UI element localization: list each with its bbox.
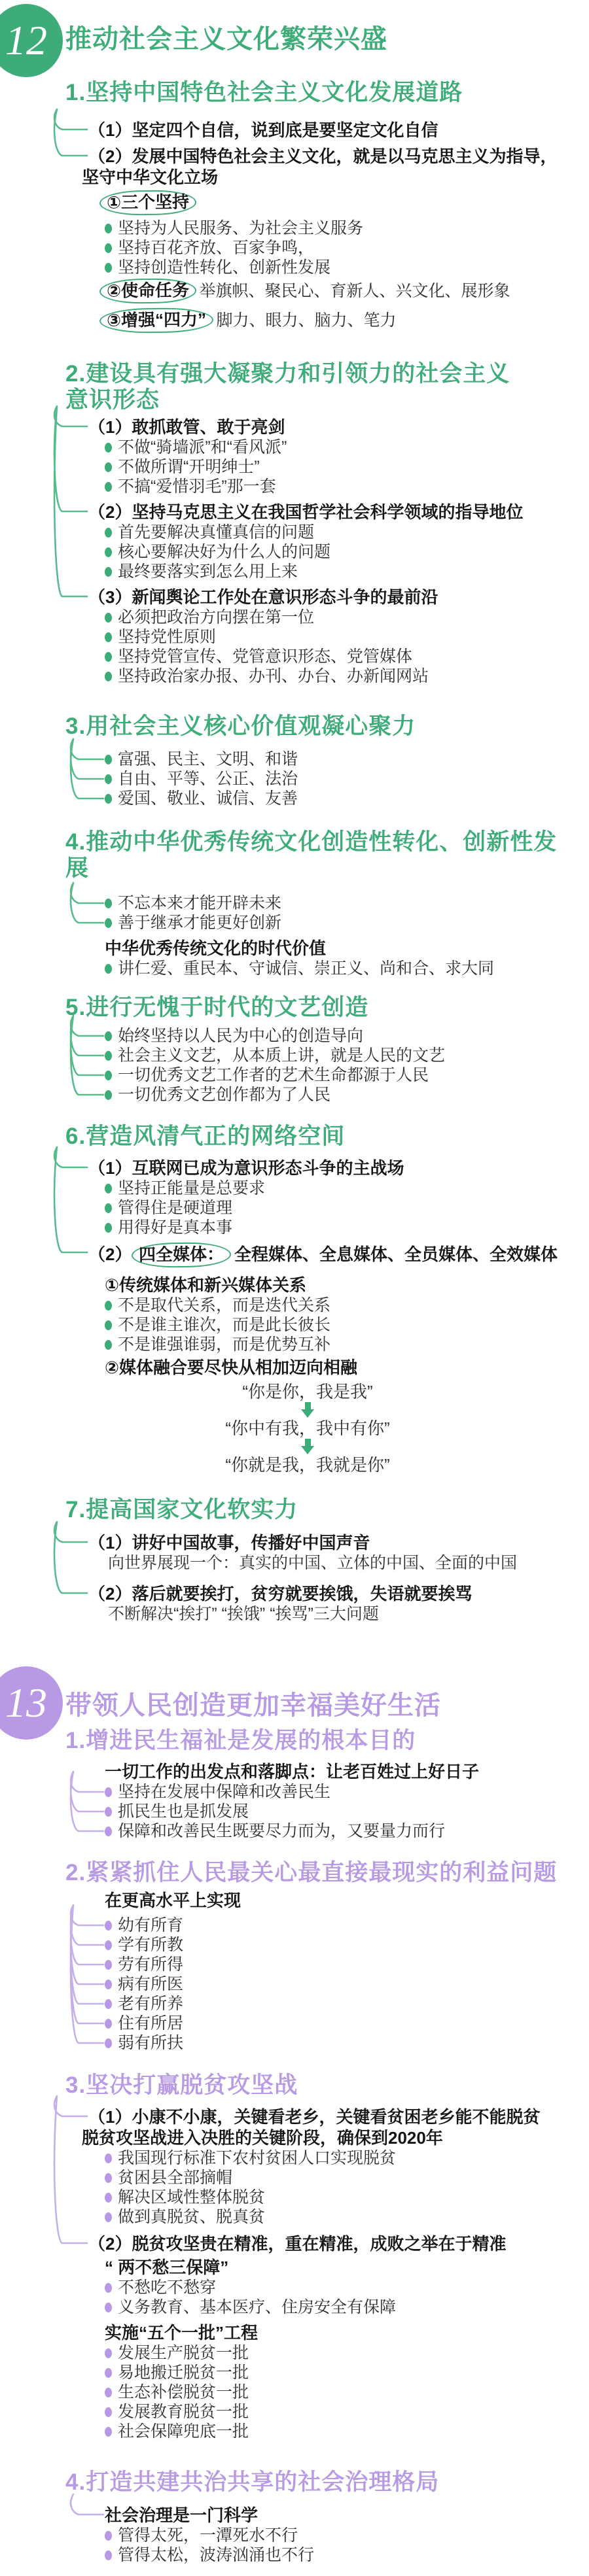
section-12-6-items: （1）互联网已成为意识形态斗争的主战场 坚持正能量是总要求 管得住是硬道理 用得… — [88, 1158, 577, 1475]
section-12-7: 7.提高国家文化软实力 （1）讲好中国故事，传播好中国声音 向世界展现一个：真实… — [65, 1497, 577, 1624]
item: （2）脱贫攻坚贵在精准，重在精准，成败之举在于精准 “ 两不愁三保障” 不愁吃不… — [88, 2233, 577, 2441]
list-item: 不搞“爱惜羽毛”那一套 — [105, 477, 577, 496]
list-item: 解决区域性整体脱贫 — [105, 2188, 577, 2207]
list-item-text: 坚持百花齐放、百家争鸣， — [118, 238, 577, 258]
list-item: 社会保障兜底一批 — [105, 2422, 577, 2441]
chapter-13-badge: 13 — [0, 1666, 63, 1740]
list-item-text: 坚持正能量是总要求 — [118, 1178, 577, 1198]
down-arrow-icon — [301, 1402, 314, 1418]
bullet-icon — [105, 2303, 112, 2312]
bullet-icon — [105, 1340, 112, 1350]
list-item: 坚持政治家办报、办刊、办台、办新闻网站 — [105, 666, 577, 686]
chapter-13: 13 带领人民创造更加幸福美好生活 1.增进民生福祉是发展的根本目的 一切工作的… — [0, 1690, 589, 2576]
bullet-icon — [105, 243, 112, 253]
item-text-line2: 坚守中华文化立场 — [82, 167, 577, 188]
item: （1）敢抓敢管、敢于亮剑 不做“骑墙派”和“看风派” 不做所谓“开明绅士” 不搞… — [88, 417, 577, 496]
item: （1）小康不小康，关键看老乡，关键看贫困老乡能不能脱贫 脱贫攻坚战进入决胜的关键… — [88, 2106, 577, 2227]
bullet-icon — [105, 672, 112, 681]
section-12-1-items: （1）坚定四个自信，说到底是要坚定文化自信 （2）发展中国特色社会主义文化，就是… — [88, 120, 577, 336]
section-12-1-heading: 1.坚持中国特色社会主义文化发展道路 — [65, 80, 577, 106]
circled-group: ①三个坚持 坚持为人民服务、为社会主义服务 坚持百花齐放、百家争鸣， 坚持创造性… — [99, 190, 577, 336]
lead-label: 在更高水平上实现 — [105, 1890, 577, 1911]
list-item: 我国现行标准下农村贫困人口实现脱贫 — [105, 2148, 577, 2168]
quote-line: “你是你，我是我” — [88, 1382, 527, 1401]
list-item-text: 老有所养 — [118, 1994, 577, 2014]
sub-label: ①传统媒体和新兴媒体关系 — [105, 1275, 577, 1296]
bullet-icon — [105, 2019, 112, 2029]
list-item-text: 核心要解决好为什么人的问题 — [118, 542, 577, 562]
list-item: 善于继承才能更好创新 — [105, 913, 577, 933]
bold-label: 中华优秀传统文化的时代价值 — [105, 938, 577, 959]
bullet-icon — [105, 1827, 112, 1836]
ellipse-highlight: ①三个坚持 — [99, 190, 196, 216]
section-13-3-items: （1）小康不小康，关键看老乡，关键看贫困老乡能不能脱贫 脱贫攻坚战进入决胜的关键… — [88, 2106, 577, 2441]
section-13-3: 3.坚决打赢脱贫攻坚战 （1）小康不小康，关键看老乡，关键看贫困老乡能不能脱贫 … — [65, 2072, 577, 2441]
value-of-tradition-block: 中华优秀传统文化的时代价值 讲仁爱、重民本、守诚信、崇正义、尚和合、求大同 — [105, 938, 577, 978]
bullet-icon — [105, 2193, 112, 2203]
item-number: （2） — [88, 1245, 132, 1264]
list-item-text: 一切优秀文艺创作都为了人民 — [118, 1085, 577, 1105]
list-item: 病有所医 — [105, 1974, 577, 1994]
item-subtext: 向世界展现一个：真实的中国、立体的中国、全面的中国 — [108, 1553, 577, 1573]
bullet-icon — [105, 2283, 112, 2293]
list-item: 最终要落实到怎么用上来 — [105, 562, 577, 581]
bullet-icon — [105, 1184, 112, 1194]
list-item-text: 管得住是硬道理 — [118, 1198, 577, 1218]
bullet-icon — [105, 224, 112, 233]
bullet-icon — [105, 1203, 112, 1213]
list-item-text: 用得好是真本事 — [118, 1218, 577, 1237]
section-13-2-heading: 2.紧紧抓住人民最关心最直接最现实的利益问题 — [65, 1860, 577, 1886]
section-13-4-heading: 4.打造共建共治共享的社会治理格局 — [65, 2469, 577, 2496]
list-item: 社会主义文艺，从本质上讲，就是人民的文艺 — [105, 1046, 577, 1065]
section-12-5: 5.进行无愧于时代的文艺创造 始终坚持以人民为中心的创造导向 社会主义文艺，从本… — [65, 995, 577, 1105]
bullet-list: 首先要解决真懂真信的问题 核心要解决好为什么人的问题 最终要落实到怎么用上来 — [105, 523, 577, 581]
bullet-list: 必须把政治方向摆在第一位 坚持党性原则 坚持党管宣传、党管意识形态、党管媒体 坚… — [105, 608, 577, 686]
list-item-text: 坚持党管宣传、党管意识形态、党管媒体 — [118, 647, 577, 666]
list-item-text: 不做“骑墙派”和“看风派” — [118, 438, 577, 457]
bullet-icon — [105, 2427, 112, 2437]
section-13-4: 4.打造共建共治共享的社会治理格局 社会治理是一门科学 管得太死，一潭死水不行 … — [65, 2469, 577, 2565]
list-item: 不做所谓“开明绅士” — [105, 457, 577, 477]
list-item-text: 必须把政治方向摆在第一位 — [118, 608, 577, 627]
list-item: 用得好是真本事 — [105, 1218, 577, 1237]
item: （2）四全媒体： 全程媒体、全息媒体、全员媒体、全效媒体 ①传统媒体和新兴媒体关… — [88, 1243, 577, 1475]
chapter-12-number: 12 — [5, 20, 47, 61]
list-item: 必须把政治方向摆在第一位 — [105, 608, 577, 627]
item-text: （1）敢抓敢管、敢于亮剑 — [88, 417, 577, 438]
bullet-icon — [105, 567, 112, 577]
chapter-13-header: 13 带领人民创造更加幸福美好生活 — [65, 1690, 577, 1721]
list-item-text: 社会主义文艺，从本质上讲，就是人民的文艺 — [118, 1046, 577, 1065]
item-text: （1）坚定四个自信，说到底是要坚定文化自信 — [88, 120, 577, 141]
list-item-text: 解决区域性整体脱贫 — [118, 2188, 577, 2207]
list-item-text: 义务教育、基本医疗、住房安全有保障 — [118, 2297, 577, 2317]
bullet-icon — [105, 263, 112, 273]
item: （3）新闻舆论工作处在意识形态斗争的最前沿 必须把政治方向摆在第一位 坚持党性原… — [88, 587, 577, 686]
bullet-icon — [105, 1301, 112, 1311]
list-item-text: 富强、民主、文明、和谐 — [118, 749, 577, 769]
list-item: 坚持为人民服务、为社会主义服务 — [105, 218, 577, 238]
bullet-icon — [105, 528, 112, 538]
list-item: 坚持正能量是总要求 — [105, 1178, 577, 1198]
section-12-3: 3.用社会主义核心价值观凝心聚力 富强、民主、文明、和谐 自由、平等、公正、法治… — [65, 713, 577, 808]
bullet-icon — [105, 1071, 112, 1080]
bullet-icon — [105, 2154, 112, 2163]
list-item: 劳有所得 — [105, 1955, 577, 1974]
section-12-6-heading: 6.营造风清气正的网络空间 — [65, 1124, 577, 1150]
list-item: 始终坚持以人民为中心的创造导向 — [105, 1026, 577, 1046]
list-item-text: 坚持政治家办报、办刊、办台、办新闻网站 — [118, 666, 577, 686]
bullet-icon — [105, 1940, 112, 1950]
list-item-text: 不是谁强谁弱，而是优势互补 — [118, 1335, 577, 1354]
section-12-3-items: 富强、民主、文明、和谐 自由、平等、公正、法治 爱国、敬业、诚信、友善 — [105, 749, 577, 808]
bullet-list: 不是取代关系，而是迭代关系 不是谁主谁次，而是此长彼长 不是谁强谁弱，而是优势互… — [105, 1296, 577, 1354]
list-item-text: 贫困县全部摘帽 — [118, 2168, 577, 2188]
section-12-2: 2.建设具有强大凝聚力和引领力的社会主义意识形态 （1）敢抓敢管、敢于亮剑 不做… — [65, 361, 577, 686]
item: （2）坚持马克思主义在我国哲学社会科学领域的指导地位 首先要解决真懂真信的问题 … — [88, 502, 577, 581]
item: （1）坚定四个自信，说到底是要坚定文化自信 — [88, 120, 577, 141]
section-13-4-items: 社会治理是一门科学 管得太死，一潭死水不行 管得太松，波涛汹涌也不行 — [105, 2505, 577, 2565]
item: （2）发展中国特色社会主义文化，就是以马克思主义为指导， 坚守中华文化立场 ①三… — [88, 146, 577, 336]
list-item-text: 讲仁爱、重民本、守诚信、崇正义、尚和合、求大同 — [118, 959, 577, 978]
ellipse-highlight: 四全媒体： — [132, 1242, 231, 1268]
section-13-3-heading: 3.坚决打赢脱贫攻坚战 — [65, 2072, 577, 2099]
down-arrow-icon — [301, 1439, 314, 1454]
list-item: 不是谁强谁弱，而是优势互补 — [105, 1335, 577, 1354]
chapter-12-header: 12 推动社会主义文化繁荣兴盛 — [65, 24, 577, 55]
bullet-icon — [105, 1320, 112, 1330]
item-text: （3）新闻舆论工作处在意识形态斗争的最前沿 — [88, 587, 577, 608]
section-12-2-items: （1）敢抓敢管、敢于亮剑 不做“骑墙派”和“看风派” 不做所谓“开明绅士” 不搞… — [88, 417, 577, 686]
list-item: 生态补偿脱贫一批 — [105, 2382, 577, 2402]
bullet-list: 坚持为人民服务、为社会主义服务 坚持百花齐放、百家争鸣， 坚持创造性转化、创新性… — [105, 218, 577, 277]
bullet-list: 不愁吃不愁穿 义务教育、基本医疗、住房安全有保障 — [105, 2278, 577, 2317]
list-item: 不做“骑墙派”和“看风派” — [105, 438, 577, 457]
list-item: 讲仁爱、重民本、守诚信、崇正义、尚和合、求大同 — [105, 959, 577, 978]
bullet-icon — [105, 899, 112, 908]
item-text: （2）坚持马克思主义在我国哲学社会科学领域的指导地位 — [88, 502, 577, 523]
list-item: 老有所养 — [105, 1994, 577, 2014]
section-13-1: 1.增进民生福祉是发展的根本目的 一切工作的出发点和落脚点：让老百姓过上好日子 … — [65, 1728, 577, 1841]
item-text: （1）互联网已成为意识形态斗争的主战场 — [88, 1158, 577, 1178]
list-item: 抓民生也是抓发展 — [105, 1802, 577, 1821]
section-13-1-items: 坚持在发展中保障和改善民生 抓民生也是抓发展 保障和改善民生既要尽力而为，又要量… — [105, 1782, 577, 1841]
bullet-icon — [105, 1031, 112, 1041]
bullet-icon — [105, 2348, 112, 2358]
list-item-text: 最终要落实到怎么用上来 — [118, 562, 577, 581]
chapter-13-title: 带领人民创造更加幸福美好生活 — [65, 1690, 577, 1721]
list-item: 坚持在发展中保障和改善民生 — [105, 1782, 577, 1802]
section-12-5-heading: 5.进行无愧于时代的文艺创造 — [65, 995, 577, 1021]
list-item-text: 不是谁主谁次，而是此长彼长 — [118, 1315, 577, 1335]
list-item-text: 首先要解决真懂真信的问题 — [118, 523, 577, 542]
list-item-text: 始终坚持以人民为中心的创造导向 — [118, 1026, 577, 1046]
list-item: 住有所居 — [105, 2014, 577, 2033]
bullet-icon — [105, 1090, 112, 1100]
list-item: 学有所教 — [105, 1935, 577, 1955]
bullet-icon — [105, 1051, 112, 1061]
bullet-icon — [105, 2407, 112, 2417]
list-item-text: 自由、平等、公正、法治 — [118, 769, 577, 789]
bullet-icon — [105, 632, 112, 642]
bullet-icon — [105, 2038, 112, 2048]
section-12-6: 6.营造风清气正的网络空间 （1）互联网已成为意识形态斗争的主战场 坚持正能量是… — [65, 1124, 577, 1475]
item-text: （2）落后就要挨打，贫穷就要挨饿，失语就要挨骂 — [88, 1583, 577, 1604]
bullet-icon — [105, 1960, 112, 1970]
bullet-icon — [105, 1980, 112, 1989]
bold-label: 社会治理是一门科学 — [105, 2505, 577, 2526]
bullet-list: 发展生产脱贫一批 易地搬迁脱贫一批 生态补偿脱贫一批 发展教育脱贫一批 社会保障… — [105, 2343, 577, 2441]
list-item-text: 坚持在发展中保障和改善民生 — [118, 1782, 577, 1802]
bullet-list: 不做“骑墙派”和“看风派” 不做所谓“开明绅士” 不搞“爱惜羽毛”那一套 — [105, 438, 577, 496]
circled-label-row: ②使命任务 举旗帜、聚民心、育新人、兴文化、展形象 — [99, 279, 577, 307]
bullet-icon — [105, 2368, 112, 2378]
list-item: 核心要解决好为什么人的问题 — [105, 542, 577, 562]
item-text: （2）四全媒体： 全程媒体、全息媒体、全员媒体、全效媒体 — [88, 1243, 577, 1271]
bullet-icon — [105, 1223, 112, 1233]
bullet-icon — [105, 1807, 112, 1817]
list-item: 发展生产脱贫一批 — [105, 2343, 577, 2363]
bold-label: 实施“五个一批”工程 — [105, 2322, 577, 2343]
chapter-12: 12 推动社会主义文化繁荣兴盛 1.坚持中国特色社会主义文化发展道路 （1）坚定… — [0, 0, 589, 1635]
bullet-icon — [105, 443, 112, 453]
list-item: 一切优秀文艺创作都为了人民 — [105, 1085, 577, 1105]
sub-block: ①传统媒体和新兴媒体关系 不是取代关系，而是迭代关系 不是谁主谁次，而是此长彼长… — [105, 1275, 577, 1378]
item-text: （1）讲好中国故事，传播好中国声音 — [88, 1532, 577, 1553]
list-item-text: 不忘本来才能开辟未来 — [118, 893, 577, 913]
bullet-icon — [105, 774, 112, 784]
item: （2）落后就要挨打，贫穷就要挨饿，失语就要挨骂 不断解决“挨打” “挨饿” “挨… — [88, 1583, 577, 1624]
list-item: 不是谁主谁次，而是此长彼长 — [105, 1315, 577, 1335]
chapter-13-number: 13 — [5, 1682, 47, 1724]
bullet-list: 管得太死，一潭死水不行 管得太松，波涛汹涌也不行 — [105, 2526, 577, 2565]
section-13-2: 2.紧紧抓住人民最关心最直接最现实的利益问题 在更高水平上实现 幼有所育 学有所… — [65, 1860, 577, 2053]
list-item-text: 弱有所扶 — [118, 2033, 577, 2053]
list-item-text: 发展生产脱贫一批 — [118, 2343, 577, 2363]
list-item-text: 发展教育脱贫一批 — [118, 2402, 577, 2422]
bullet-icon — [105, 1921, 112, 1931]
list-item-text: 生态补偿脱贫一批 — [118, 2382, 577, 2402]
list-item: 做到真脱贫、脱真贫 — [105, 2207, 577, 2227]
list-item-text: 劳有所得 — [118, 1955, 577, 1974]
bullet-icon — [105, 1999, 112, 2009]
bullet-icon — [105, 2388, 112, 2397]
bullet-icon — [105, 482, 112, 492]
circled-label-row: ①三个坚持 — [99, 190, 577, 218]
item-subtext: 不断解决“挨打” “挨饿” “挨骂”三大问题 — [108, 1604, 577, 1624]
list-item: 管得太死，一潭死水不行 — [105, 2526, 577, 2545]
bullet-icon — [105, 918, 112, 928]
list-item: 坚持百花齐放、百家争鸣， — [105, 238, 577, 258]
quote-line: “你就是我，我就是你” — [88, 1455, 527, 1475]
list-item: 幼有所育 — [105, 1915, 577, 1935]
list-item-text: 病有所医 — [118, 1974, 577, 1994]
list-item-text: 做到真脱贫、脱真贫 — [118, 2207, 577, 2227]
bullet-icon — [105, 2212, 112, 2222]
sub-label: ②媒体融合要尽快从相加迈向相融 — [105, 1357, 577, 1378]
list-item-text: 幼有所育 — [118, 1915, 577, 1935]
bullet-icon — [105, 547, 112, 557]
chapter-12-title: 推动社会主义文化繁荣兴盛 — [65, 24, 577, 55]
list-item: 贫困县全部摘帽 — [105, 2168, 577, 2188]
list-item-text: 不愁吃不愁穿 — [118, 2278, 577, 2297]
list-item-text: 社会保障兜底一批 — [118, 2422, 577, 2441]
quote-line: “你中有我，我中有你” — [88, 1418, 527, 1438]
section-12-1: 1.坚持中国特色社会主义文化发展道路 （1）坚定四个自信，说到底是要坚定文化自信… — [65, 80, 577, 336]
list-item: 不忘本来才能开辟未来 — [105, 893, 577, 913]
list-item-text: 管得太死，一潭死水不行 — [118, 2526, 577, 2545]
lead-label: 一切工作的出发点和落脚点：让老百姓过上好日子 — [105, 1761, 577, 1782]
list-item: 坚持党性原则 — [105, 627, 577, 647]
bullet-icon — [105, 755, 112, 764]
section-13-2-items: 幼有所育 学有所教 劳有所得 病有所医 老有所养 住有所居 弱有所扶 — [105, 1915, 577, 2053]
bullet-list: 我国现行标准下农村贫困人口实现脱贫 贫困县全部摘帽 解决区域性整体脱贫 做到真脱… — [105, 2148, 577, 2227]
list-item-text: 一切优秀文艺工作者的艺术生命都源于人民 — [118, 1065, 577, 1085]
list-item: 富强、民主、文明、和谐 — [105, 749, 577, 769]
list-item-text: 管得太松，波涛汹涌也不行 — [118, 2545, 577, 2565]
list-item-text: 保障和改善民生既要尽力而为，又要量力而行 — [118, 1821, 577, 1841]
section-12-7-heading: 7.提高国家文化软实力 — [65, 1497, 577, 1523]
item-text-line1: （2）发展中国特色社会主义文化，就是以马克思主义为指导， — [88, 146, 577, 167]
list-item: 首先要解决真懂真信的问题 — [105, 523, 577, 542]
item: （1）互联网已成为意识形态斗争的主战场 坚持正能量是总要求 管得住是硬道理 用得… — [88, 1158, 577, 1237]
list-item-text: 善于继承才能更好创新 — [118, 913, 577, 933]
section-12-4: 4.推动中华优秀传统文化创造性转化、创新性发展 不忘本来才能开辟未来 善于继承才… — [65, 829, 577, 978]
list-item-text: 易地搬迁脱贫一批 — [118, 2363, 577, 2382]
ellipse-highlight: ②使命任务 — [99, 278, 196, 304]
list-item-text: 我国现行标准下农村贫困人口实现脱贫 — [118, 2148, 577, 2168]
list-item: 自由、平等、公正、法治 — [105, 769, 577, 789]
list-item: 坚持创造性转化、创新性发展 — [105, 258, 577, 277]
list-item-text: 坚持为人民服务、为社会主义服务 — [118, 218, 577, 238]
label-detail: 脚力、眼力、脑力、笔力 — [216, 311, 396, 330]
bullet-icon — [105, 964, 112, 974]
media-list: 全程媒体、全息媒体、全员媒体、全效媒体 — [234, 1245, 558, 1264]
list-item-text: 坚持创造性转化、创新性发展 — [118, 258, 577, 277]
bullet-icon — [105, 652, 112, 662]
section-12-7-items: （1）讲好中国故事，传播好中国声音 向世界展现一个：真实的中国、立体的中国、全面… — [88, 1532, 577, 1624]
list-item-text: 学有所教 — [118, 1935, 577, 1955]
two-no-worries-block: “ 两不愁三保障” 不愁吃不愁穿 义务教育、基本医疗、住房安全有保障 实施“五个… — [105, 2257, 577, 2441]
label-detail: 举旗帜、聚民心、育新人、兴文化、展形象 — [199, 282, 510, 300]
bold-label: “ 两不愁三保障” — [105, 2257, 577, 2278]
bullet-icon — [105, 794, 112, 804]
list-item: 易地搬迁脱贫一批 — [105, 2363, 577, 2382]
ellipse-highlight: ③增强“四力” — [99, 307, 213, 334]
bullet-icon — [105, 2550, 112, 2560]
list-item: 爱国、敬业、诚信、友善 — [105, 789, 577, 808]
item-text: （2）脱贫攻坚贵在精准，重在精准，成败之举在于精准 — [88, 2233, 577, 2254]
section-12-4-items: 不忘本来才能开辟未来 善于继承才能更好创新 — [105, 893, 577, 933]
list-item: 发展教育脱贫一批 — [105, 2402, 577, 2422]
list-item: 管得太松，波涛汹涌也不行 — [105, 2545, 577, 2565]
item: （1）讲好中国故事，传播好中国声音 向世界展现一个：真实的中国、立体的中国、全面… — [88, 1532, 577, 1573]
media-fusion-quotes: “你是你，我是我” “你中有我，我中有你” “你就是我，我就是你” — [88, 1382, 527, 1475]
section-12-3-heading: 3.用社会主义核心价值观凝心聚力 — [65, 713, 577, 740]
list-item-text: 爱国、敬业、诚信、友善 — [118, 789, 577, 808]
section-12-4-heading: 4.推动中华优秀传统文化创造性转化、创新性发展 — [65, 829, 577, 882]
bullet-icon — [105, 2531, 112, 2541]
bullet-icon — [105, 462, 112, 472]
section-13-1-heading: 1.增进民生福祉是发展的根本目的 — [65, 1728, 577, 1754]
circled-label-row: ③增强“四力” 脚力、眼力、脑力、笔力 — [99, 308, 577, 336]
list-item-text: 抓民生也是抓发展 — [118, 1802, 577, 1821]
list-item: 弱有所扶 — [105, 2033, 577, 2053]
list-item: 不是取代关系，而是迭代关系 — [105, 1296, 577, 1315]
list-item: 一切优秀文艺工作者的艺术生命都源于人民 — [105, 1065, 577, 1085]
section-12-5-items: 始终坚持以人民为中心的创造导向 社会主义文艺，从本质上讲，就是人民的文艺 一切优… — [105, 1026, 577, 1105]
list-item: 坚持党管宣传、党管意识形态、党管媒体 — [105, 647, 577, 666]
bullet-icon — [105, 2173, 112, 2183]
list-item: 不愁吃不愁穿 — [105, 2278, 577, 2297]
bullet-icon — [105, 1787, 112, 1797]
list-item: 义务教育、基本医疗、住房安全有保障 — [105, 2297, 577, 2317]
bullet-icon — [105, 613, 112, 623]
list-item-text: 不搞“爱惜羽毛”那一套 — [118, 477, 577, 496]
chapter-12-badge: 12 — [0, 4, 63, 77]
item-text-line2: 脱贫攻坚战进入决胜的关键阶段，确保到2020年 — [82, 2127, 577, 2148]
list-item-text: 住有所居 — [118, 2014, 577, 2033]
section-12-2-heading: 2.建设具有强大凝聚力和引领力的社会主义意识形态 — [65, 361, 524, 413]
list-item: 保障和改善民生既要尽力而为，又要量力而行 — [105, 1821, 577, 1841]
list-item: 管得住是硬道理 — [105, 1198, 577, 1218]
bullet-list: 坚持正能量是总要求 管得住是硬道理 用得好是真本事 — [105, 1178, 577, 1237]
list-item-text: 不是取代关系，而是迭代关系 — [118, 1296, 577, 1315]
list-item-text: 坚持党性原则 — [118, 627, 577, 647]
item-text-line1: （1）小康不小康，关键看老乡，关键看贫困老乡能不能脱贫 — [88, 2106, 577, 2127]
item: 社会治理是一门科学 管得太死，一潭死水不行 管得太松，波涛汹涌也不行 — [105, 2505, 577, 2565]
list-item-text: 不做所谓“开明绅士” — [118, 457, 577, 477]
